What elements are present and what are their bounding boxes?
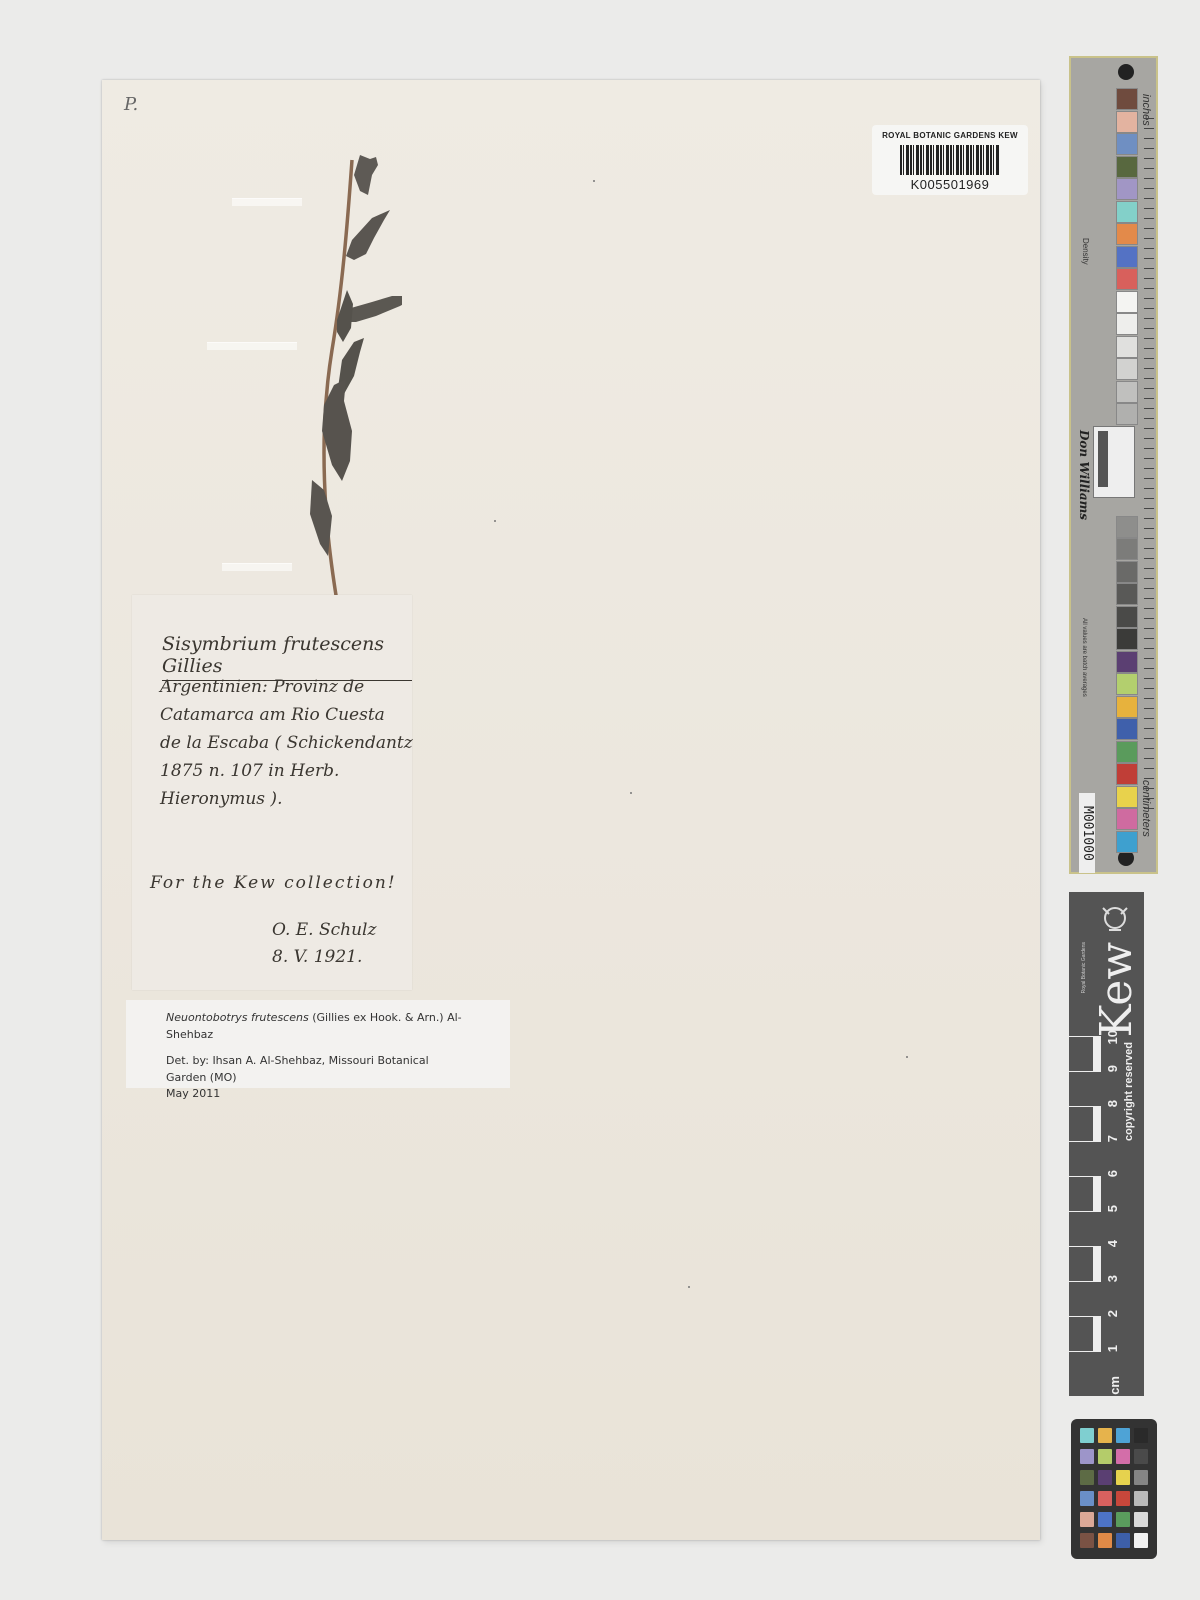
cm-tick-label: 5 <box>1105 1205 1120 1212</box>
color-swatch <box>1116 291 1138 313</box>
color-swatch <box>1116 88 1138 110</box>
cm-block <box>1069 1351 1101 1386</box>
mounting-tape <box>232 198 302 206</box>
cm-tick-label: 9 <box>1105 1065 1120 1072</box>
checker-patch <box>1098 1449 1112 1464</box>
locality-line: Hieronymus ). <box>160 789 282 809</box>
checker-patch <box>1134 1533 1148 1548</box>
cm-block <box>1069 1036 1101 1071</box>
checker-patch <box>1080 1449 1094 1464</box>
collector-signature: O. E. Schulz <box>272 920 376 940</box>
color-swatch <box>1116 583 1138 605</box>
density-label: Density <box>1081 238 1090 265</box>
checker-patch <box>1080 1428 1094 1443</box>
collection-note: For the Kew collection! <box>150 873 397 893</box>
checker-patch <box>1098 1470 1112 1485</box>
taxon-italic: Neuontobotrys frutescens <box>166 1011 309 1024</box>
color-swatch <box>1116 673 1138 695</box>
cm-block <box>1069 1246 1101 1281</box>
color-swatch <box>1116 808 1138 830</box>
color-swatch <box>1116 786 1138 808</box>
checker-patch <box>1098 1533 1112 1548</box>
checker-patch <box>1134 1428 1148 1443</box>
color-swatch <box>1116 381 1138 403</box>
color-swatch <box>1116 403 1138 425</box>
cm-block <box>1069 1176 1101 1211</box>
color-swatch <box>1116 696 1138 718</box>
cm-block <box>1069 1211 1101 1246</box>
color-swatch <box>1116 718 1138 740</box>
color-swatch <box>1116 313 1138 335</box>
color-swatch <box>1116 201 1138 223</box>
checker-patch <box>1134 1449 1148 1464</box>
copyright-notice: copyright reserved <box>1123 1042 1135 1141</box>
color-checker-card <box>1071 1419 1157 1559</box>
kew-scale-bar: Kew Royal Botanic Gardens copyright rese… <box>1069 892 1144 1396</box>
checker-patch <box>1080 1470 1094 1485</box>
color-calibration-ruler: inches centimeters Density All values ar… <box>1069 56 1158 874</box>
color-swatch <box>1116 178 1138 200</box>
checker-patch <box>1098 1512 1112 1527</box>
cm-block <box>1069 1316 1101 1351</box>
ruler-swatches <box>1116 88 1142 853</box>
cm-tick-label: 7 <box>1105 1135 1120 1142</box>
corner-mark: P. <box>124 94 138 115</box>
ruler-hole <box>1118 64 1134 80</box>
checker-patch <box>1134 1491 1148 1506</box>
color-swatch <box>1116 561 1138 583</box>
current-taxon-name: Neuontobotrys frutescens (Gillies ex Hoo… <box>166 1010 470 1043</box>
signature-date: 8. V. 1921. <box>272 947 362 967</box>
color-swatch <box>1116 111 1138 133</box>
checker-patch <box>1134 1512 1148 1527</box>
color-swatch <box>1116 246 1138 268</box>
determination-date: May 2011 <box>166 1086 470 1103</box>
ruler-tick-marks <box>1144 118 1154 818</box>
ruler-note: All values are batch averages <box>1081 618 1087 697</box>
cm-tick-labels: 10987654321 <box>1105 1036 1121 1396</box>
color-checker-grid <box>1080 1428 1148 1548</box>
checker-patch <box>1134 1470 1148 1485</box>
checker-patch <box>1098 1428 1112 1443</box>
cm-unit-label: cm <box>1107 1376 1122 1395</box>
original-collection-label: Sisymbrium frutescens Gillies Argentinie… <box>132 595 412 990</box>
paper-speck <box>494 520 496 522</box>
institution-name: ROYAL BOTANIC GARDENS KEW <box>872 131 1028 140</box>
checker-patch <box>1116 1428 1130 1443</box>
color-swatch <box>1116 763 1138 785</box>
color-swatch <box>1116 223 1138 245</box>
color-swatch <box>1116 606 1138 628</box>
color-swatch <box>1116 741 1138 763</box>
barcode-label: ROYAL BOTANIC GARDENS KEW K005501969 <box>872 125 1028 195</box>
color-swatch <box>1116 831 1138 853</box>
herbarium-sheet: P. ROYAL BOTANIC GARDENS KEW K005501969 … <box>102 80 1040 1540</box>
checker-patch <box>1116 1491 1130 1506</box>
cm-block <box>1069 1106 1101 1141</box>
barcode-number: K005501969 <box>872 177 1028 192</box>
checker-patch <box>1116 1449 1130 1464</box>
kew-crest-icon <box>1095 900 1135 936</box>
plant-specimen <box>202 150 402 670</box>
barcode-icon <box>900 145 1000 175</box>
locality-line: Argentinien: Provinz de <box>160 677 364 697</box>
determination-label: Neuontobotrys frutescens (Gillies ex Hoo… <box>126 1000 510 1088</box>
ruler-brand: Don Williams <box>1077 430 1091 520</box>
cm-tick-label: 6 <box>1105 1170 1120 1177</box>
locality-line: 1875 n. 107 in Herb. <box>160 761 339 781</box>
cm-tick-label: 1 <box>1105 1345 1120 1352</box>
original-taxon-name: Sisymbrium frutescens Gillies <box>162 633 412 681</box>
mounting-tape <box>222 563 292 571</box>
checker-patch <box>1080 1491 1094 1506</box>
paper-speck <box>630 792 632 794</box>
checker-patch <box>1116 1512 1130 1527</box>
checker-patch <box>1116 1533 1130 1548</box>
checker-patch <box>1080 1512 1094 1527</box>
color-swatch <box>1116 651 1138 673</box>
checker-patch <box>1098 1491 1112 1506</box>
paper-speck <box>593 180 595 182</box>
color-swatch <box>1116 268 1138 290</box>
cm-scale <box>1069 1036 1101 1391</box>
paper-speck <box>906 1056 908 1058</box>
kew-subbrand: Royal Botanic Gardens <box>1081 942 1087 993</box>
color-swatch <box>1116 516 1138 538</box>
cm-tick-label: 10 <box>1105 1030 1120 1044</box>
cm-tick-label: 3 <box>1105 1275 1120 1282</box>
color-swatch <box>1116 538 1138 560</box>
color-swatch <box>1116 336 1138 358</box>
cm-block <box>1069 1071 1101 1106</box>
cm-block <box>1069 1281 1101 1316</box>
paper-speck <box>688 1286 690 1288</box>
checker-patch <box>1080 1533 1094 1548</box>
cm-block <box>1069 1141 1101 1176</box>
cm-tick-label: 2 <box>1105 1310 1120 1317</box>
color-swatch <box>1116 358 1138 380</box>
cm-tick-label: 8 <box>1105 1100 1120 1107</box>
determiner: Det. by: Ihsan A. Al-Shehbaz, Missouri B… <box>166 1053 470 1086</box>
checker-patch <box>1116 1470 1130 1485</box>
locality-line: Catamarca am Rio Cuesta <box>160 705 385 725</box>
locality-line: de la Escaba ( Schickendantz <box>160 733 413 753</box>
ruler-code: M001000 <box>1079 793 1095 873</box>
cm-tick-label: 4 <box>1105 1240 1120 1247</box>
color-swatch <box>1116 628 1138 650</box>
kew-logo: Kew <box>1091 942 1142 1037</box>
color-swatch <box>1116 156 1138 178</box>
color-swatch <box>1116 133 1138 155</box>
mounting-tape <box>207 342 297 350</box>
